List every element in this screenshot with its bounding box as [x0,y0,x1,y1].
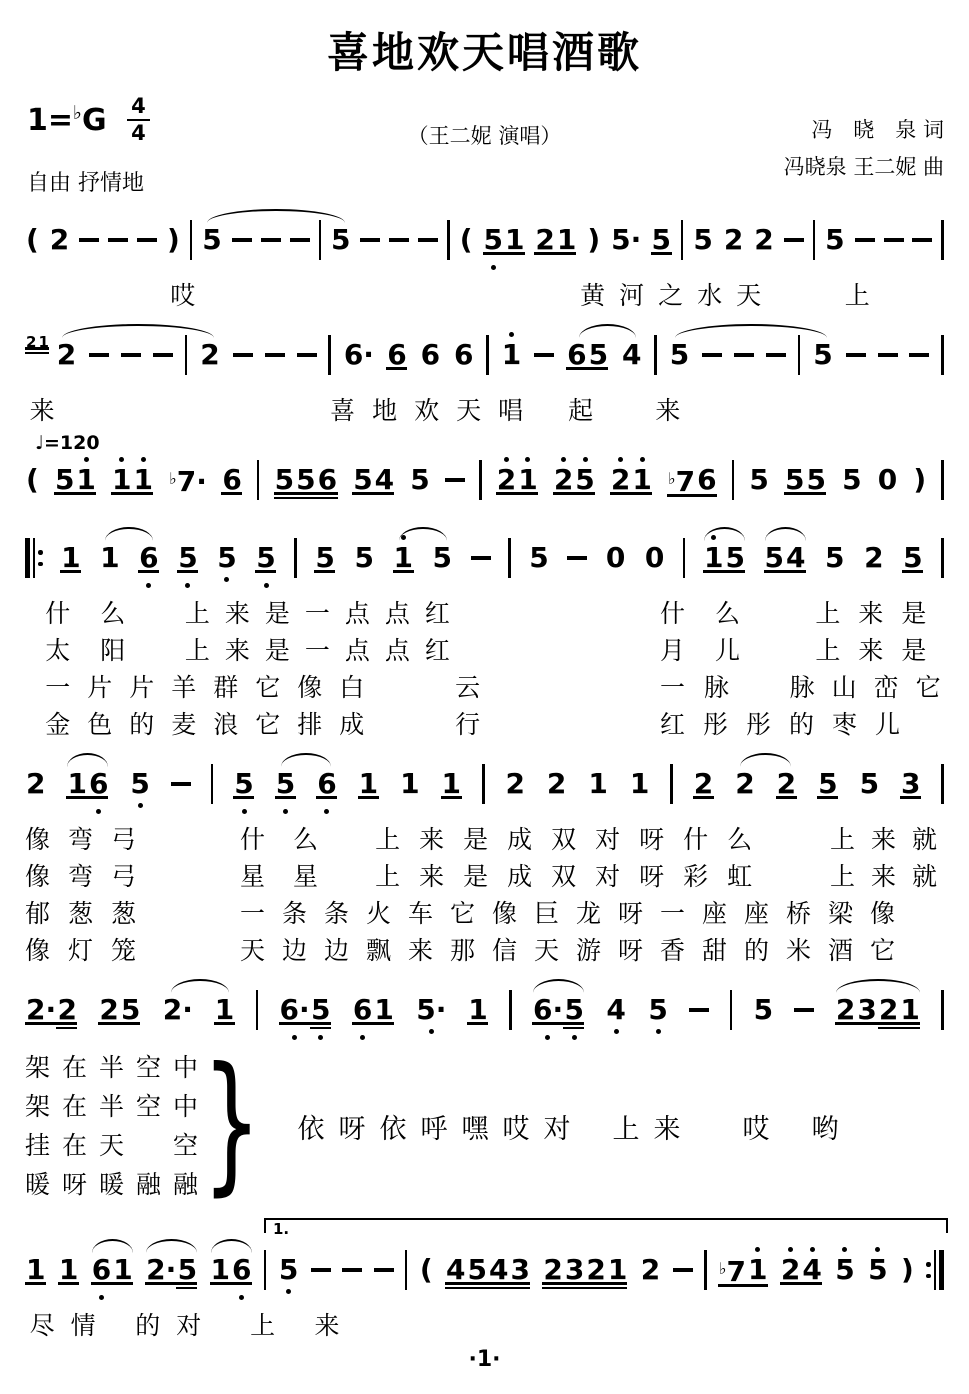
notes-row: 21226·666165455 [25,313,944,391]
octave-dot-above [561,457,566,462]
note-token: 5 [748,464,769,496]
lyric-line: 暖呀暖融融 [25,1165,210,1204]
note-token: 1 [214,994,235,1026]
duration-dash [702,353,722,357]
note-digit: 5 [216,543,237,573]
barline [508,538,511,578]
note-digit: 2 [780,1255,801,1285]
lyric-segment: 上来是成双对呀彩虹 [375,857,771,893]
note-token: 21 [610,464,653,496]
octave-dot-below [656,1029,661,1034]
octave-dot-below [146,583,151,588]
lyric-segment: 金色的麦浪它排成 [45,705,381,741]
parenthesis: ) [166,224,181,256]
beam-underline [56,1027,77,1030]
brace-icon: } [202,1048,261,1204]
note-token: 5· [415,994,446,1026]
note-digit: 1 [587,769,608,799]
octave-dot-below [324,809,329,814]
slur-arc [740,753,790,767]
grace-note: 21 [25,326,50,358]
beam-underline [651,252,672,255]
beam-underline [274,492,338,495]
lyric-row: 哎黄河之水天上 [25,276,944,313]
notes-row: (5111♭7·6556545212521♭7655550) [25,438,944,516]
note-token: 25 [98,994,141,1026]
beam-underline [900,796,921,799]
note-digit: 1 [501,340,522,370]
lyric-segment: 红彤彤的枣儿 [660,705,918,741]
note-token: 2 [199,339,220,371]
note-digit: 5 [129,769,150,799]
note-digit: 5 [54,465,75,495]
barline [509,990,512,1030]
note-digit: 5 [812,340,833,370]
note-digit: 2 [199,340,220,370]
duration-dash [342,1268,362,1272]
lyric-segment: 星星 [240,857,346,893]
parenthesis: ) [586,224,601,256]
note-digit: 5 [274,465,295,495]
duration-dash [884,238,904,242]
octave-dot-below [429,1029,434,1034]
note-token: 4 [605,994,626,1026]
note-token: 15 [703,542,746,574]
score-body: (2)55(5121)5·55225哎黄河之水天上21226·666165455… [25,198,944,1343]
beam-underline [358,796,379,799]
note-digit: 5 [409,465,430,495]
duration-dash [137,238,157,242]
octave-dot-below [242,809,247,814]
note-token: 61 [91,1254,134,1286]
note-digit: 1 [358,769,379,799]
note-token: 2 [546,768,567,800]
note-token: 5 [834,1254,855,1286]
note-digit: 4 [374,465,395,495]
note-digit: 2 [25,769,46,799]
octave-dot-above [525,457,530,462]
note-digit: 5 [295,465,316,495]
barline [264,1250,267,1290]
duration-dash [261,238,281,242]
note-digit: 6 [352,995,373,1025]
octave-dot-below [491,265,496,270]
beam-underline [667,494,717,497]
beam-underline [532,1022,584,1025]
note-digit: 2 [585,1255,606,1285]
note-token: 51 [483,224,526,256]
note-digit: 2 [496,465,517,495]
duration-dash [689,1008,709,1012]
note-digit: 0 [605,543,626,573]
note-digit: ♭7· [168,464,207,497]
barline [683,538,686,578]
lyric-row: 一片片羊群它像白云一脉脉山峦它 [25,668,944,705]
flat-icon: ♭ [668,469,676,488]
note-digit: 2 [693,769,714,799]
note-token: 5 [432,542,453,574]
system-1: (2)55(5121)5·55225哎黄河之水天上 [25,198,944,313]
note-token: 6 [221,464,242,496]
note-digit: 1 [75,465,96,495]
beam-underline [534,252,576,255]
duration-dash [121,353,141,357]
octave-dot-above [788,1247,793,1252]
lyric-segment: 上来就 [830,820,953,856]
lyric-segment: 尽情 [30,1306,112,1342]
note-digit: 3 [900,769,921,799]
note-digit: 1 [747,1255,768,1285]
lyric-segment: 太阳 [45,631,155,667]
lyric-segment: 天边边飘来那信天游呀香甜的米酒它 [240,931,912,967]
note-token: 2 [723,224,744,256]
duration-dash [846,353,866,357]
note-token: 5 [233,768,254,800]
barline [447,220,450,260]
note-digit: 5 [669,340,690,370]
lyric-segment: 来 [30,391,55,427]
note-digit: 5 [805,465,826,495]
note-token: 2· [162,994,193,1026]
octave-dot-below [286,1289,291,1294]
barline [328,335,331,375]
octave-dot-below [264,583,269,588]
note-digit: 1 [504,225,525,255]
note-token: 6·5 [532,994,585,1026]
duration-dash [265,353,285,357]
duration-dash [108,238,128,242]
slur-arc [171,979,228,993]
note-digit: 5 [817,769,838,799]
barline [941,460,944,500]
note-token: 6· [343,339,374,371]
note-digit: 3 [564,1255,585,1285]
note-token: 6·5 [279,994,332,1026]
note-digit: 1 [58,1255,79,1285]
octave-dot-below [572,1035,577,1040]
augmentation-dot: · [182,995,192,1025]
lyric-segment: 上来是 [815,594,944,630]
beam-underline [58,1282,79,1285]
duration-dash [471,556,491,560]
note-digit: 2 [734,769,755,799]
lyric-row: 尽情的对上来 [25,1306,944,1343]
beam-underline [542,1287,627,1290]
duration-dash [445,478,465,482]
note-token: 5 [129,768,150,800]
note-digit: 5 [120,995,141,1025]
duration-dash [567,556,587,560]
beam-underline [66,796,108,799]
octave-dot-below [138,803,143,808]
note-token: 1 [399,768,420,800]
note-token: 2321 [542,1254,628,1286]
system-3: (5111♭7·6556545212521♭7655550) [25,438,944,516]
note-digit: 5 [824,543,845,573]
note-token: 556 [274,464,338,496]
note-digit: 5 [352,465,373,495]
note-digit: 2 [504,769,525,799]
note-digit: 1 [467,995,488,1025]
note-digit: 2 [610,465,631,495]
barline [654,335,657,375]
note-digit: 2 [56,995,77,1025]
notes-row: 21655561112211222553 [25,742,944,820]
beam-underline [210,1282,252,1285]
note-digit: 6 [696,465,717,495]
duration-dash [171,782,191,786]
duration-dash [389,238,409,242]
note-digit: 1 [607,1255,628,1285]
note-digit: 5 [902,543,923,573]
note-token: 65 [566,339,609,371]
note-token: ♭7· [168,464,207,496]
beam-underline [310,1027,331,1030]
note-token: 1 [60,542,81,574]
duration-dash [360,238,380,242]
slur-arc [704,527,745,541]
duration-dash [89,353,109,357]
octave-dot-below [614,1029,619,1034]
note-digit: 3 [856,995,877,1025]
beam-underline [255,570,276,573]
note-digit: 5 [647,995,668,1025]
note-token: 21 [534,224,577,256]
barline [681,220,684,260]
note-token: 2 [776,768,797,800]
slur-arc [67,753,108,767]
song-title: 喜地欢天唱酒歌 [25,20,944,80]
beam-underline [314,570,335,573]
note-digit: 5 [867,1255,888,1285]
note-digit: 6· [343,340,374,370]
duration-dash [311,1268,331,1272]
lyric-row: 像弯弓什么上来是成双对呀什么上来就 [25,820,944,857]
note-token: 1 [358,768,379,800]
note-digit: ♭7 [718,1254,747,1287]
duration-dash [297,353,317,357]
note-token: 24 [780,1254,823,1286]
barline [798,335,801,375]
beam-underline [703,570,745,573]
notes-row: (2)55(5121)5·55225 [25,198,944,276]
barline [319,220,322,260]
slur-arc [533,979,584,993]
note-digit: 1 [373,995,394,1025]
beam-underline [177,570,198,573]
duration-dash [79,238,99,242]
beam-underline [54,492,96,495]
lyric-segment: 依呀依呼嘿哎对 [297,1114,584,1145]
note-token: 6 [138,542,159,574]
note-digit: 6· [532,995,563,1025]
barline [670,764,673,804]
note-digit: 5 [824,225,845,255]
augmentation-dot: · [196,467,206,497]
octave-dot-above [842,1247,847,1252]
lyric-segment: 上来是一点点红 [185,594,465,630]
note-digit: 2 [49,225,70,255]
note-token: 2 [734,768,755,800]
duration-dash [534,353,554,357]
note-digit: 1 [631,465,652,495]
slur-arc [836,979,920,993]
octave-dot-below [185,583,190,588]
beam-underline [393,570,414,573]
octave-dot-below [239,1295,244,1300]
note-token: 2·5 [145,1254,198,1286]
lyric-segment: 像弯弓 [25,820,154,856]
note-digit: 1 [556,225,577,255]
note-digit: 6 [566,340,587,370]
note-token: 5 [353,542,374,574]
note-token: 1 [441,768,462,800]
barline [190,220,193,260]
lyric-segment: 的对 [135,1306,217,1342]
beam-underline [445,1287,530,1290]
flat-icon: ♭ [169,469,177,488]
note-token: 1 [58,1254,79,1286]
note-digit: 4 [785,543,806,573]
note-digit: 5 [753,995,774,1025]
barline [486,335,489,375]
octave-dot-above [509,332,514,337]
note-digit: 4 [445,1255,466,1285]
lyric-segment: 什么 [240,820,346,856]
note-digit: 4 [621,340,642,370]
beam-underline [176,1287,197,1290]
note-token: 5 [841,464,862,496]
beam-underline [233,796,254,799]
octave-dot-below [96,809,101,814]
note-digit: 5 [574,465,595,495]
header-meta: 1=♭G 4 4 （王二妮 演唱） 冯 晓 泉 词 冯晓泉 王二妮 曲 自由 抒… [25,80,944,198]
octave-dot-below [224,577,229,582]
augmentation-dot: · [631,225,641,255]
lyric-segment: 黄河之水天 [580,276,775,312]
beam-underline [352,492,394,495]
duration-dash [784,238,804,242]
note-digit: 5 [177,1255,198,1285]
note-digit: 1 [66,769,87,799]
note-digit: ♭7 [667,464,696,497]
note-digit: 6 [138,543,159,573]
note-token: 61 [352,994,395,1026]
note-digit: 1 [133,465,154,495]
slur-arc [62,324,213,338]
beam-underline [275,796,296,799]
note-digit: 2 [723,225,744,255]
note-digit: 5 [275,769,296,799]
note-digit: 5 [177,543,198,573]
note-token: 5 [409,464,430,496]
note-digit: 5 [748,465,769,495]
note-token: 6 [316,768,337,800]
lyric-segment: 什么 [45,594,155,630]
duration-dash [418,238,438,242]
note-digit: 2 [863,543,884,573]
octave-dot-below [292,1035,297,1040]
duration-dash [290,238,310,242]
beam-underline [878,1027,920,1030]
note-token: 2 [25,768,46,800]
lyric-segment: 一条条火车它像巨龙呀一座座桥梁像 [240,894,912,930]
beam-underline [780,1282,822,1285]
system-4: 11655555155001554525什么上来是一点点红什么上来是太阳上来是一… [25,516,944,742]
note-digit: 1 [517,465,538,495]
beam-underline [214,1022,235,1025]
note-digit: 6 [231,1255,252,1285]
note-digit: 5· [415,995,446,1025]
note-token: 5 [177,542,198,574]
octave-dot-above [119,457,124,462]
augmentation-dot: · [166,1255,176,1285]
note-digit: 1 [899,995,920,1025]
note-token: 25 [553,464,596,496]
credits: 冯 晓 泉 词 冯晓泉 王二妮 曲 [784,112,944,186]
duration-dash [233,353,253,357]
note-digit: 5 [764,543,785,573]
note-token: 2 [693,768,714,800]
beam-underline [221,492,242,495]
lyric-segment: 哟 [811,1114,838,1145]
note-digit: 6 [420,340,441,370]
duration-dash [232,238,252,242]
note-digit: 5 [859,769,880,799]
lyric-segment: 哎 [170,276,195,312]
lyric-segment: 哎 [742,1114,769,1145]
octave-dot-above [141,457,146,462]
duration-dash [374,1268,394,1272]
note-digit: 2 [878,995,899,1025]
note-digit: 2 [56,340,77,370]
octave-dot-above [583,457,588,462]
parenthesis: ) [912,464,927,496]
note-digit: 5 [841,465,862,495]
note-digit: 5 [724,543,745,573]
slur-arc [765,527,806,541]
note-digit: 1 [703,543,724,573]
barline [730,990,733,1030]
duration-dash [794,1008,814,1012]
note-token: 5 [824,224,845,256]
slur-arc [211,1239,252,1253]
augmentation-dot: · [299,995,309,1025]
note-digit: 6 [386,340,407,370]
lyric-segment: 上来是一点点红 [185,631,465,667]
note-digit: 6 [317,465,338,495]
note-digit: 1 [112,1255,133,1285]
repeat-end-barline [926,1250,944,1290]
sheet-music-page: 喜地欢天唱酒歌 1=♭G 4 4 （王二妮 演唱） 冯 晓 泉 词 冯晓泉 王二… [0,0,969,1394]
slur-arc [675,324,826,338]
parenthesis: ) [900,1254,915,1286]
parenthesis: ( [25,224,40,256]
note-digit: 2· [145,1255,176,1285]
note-digit: 1 [25,1255,46,1285]
beam-underline [902,570,923,573]
note-token: 5 [278,1254,299,1286]
lyricist-credit: 冯 晓 泉 词 [784,112,944,149]
slur-arc [399,527,446,541]
note-digit: 2 [640,1255,661,1285]
beam-underline [553,492,595,495]
barline [813,220,816,260]
lyric-row: 什么上来是一点点红什么上来是 [25,594,944,631]
shared-lyric: 依呀依呼嘿哎对上来哎哟 [297,1107,838,1146]
note-token: ♭71 [718,1254,769,1286]
lyric-line: 架在半空中 [25,1048,210,1087]
